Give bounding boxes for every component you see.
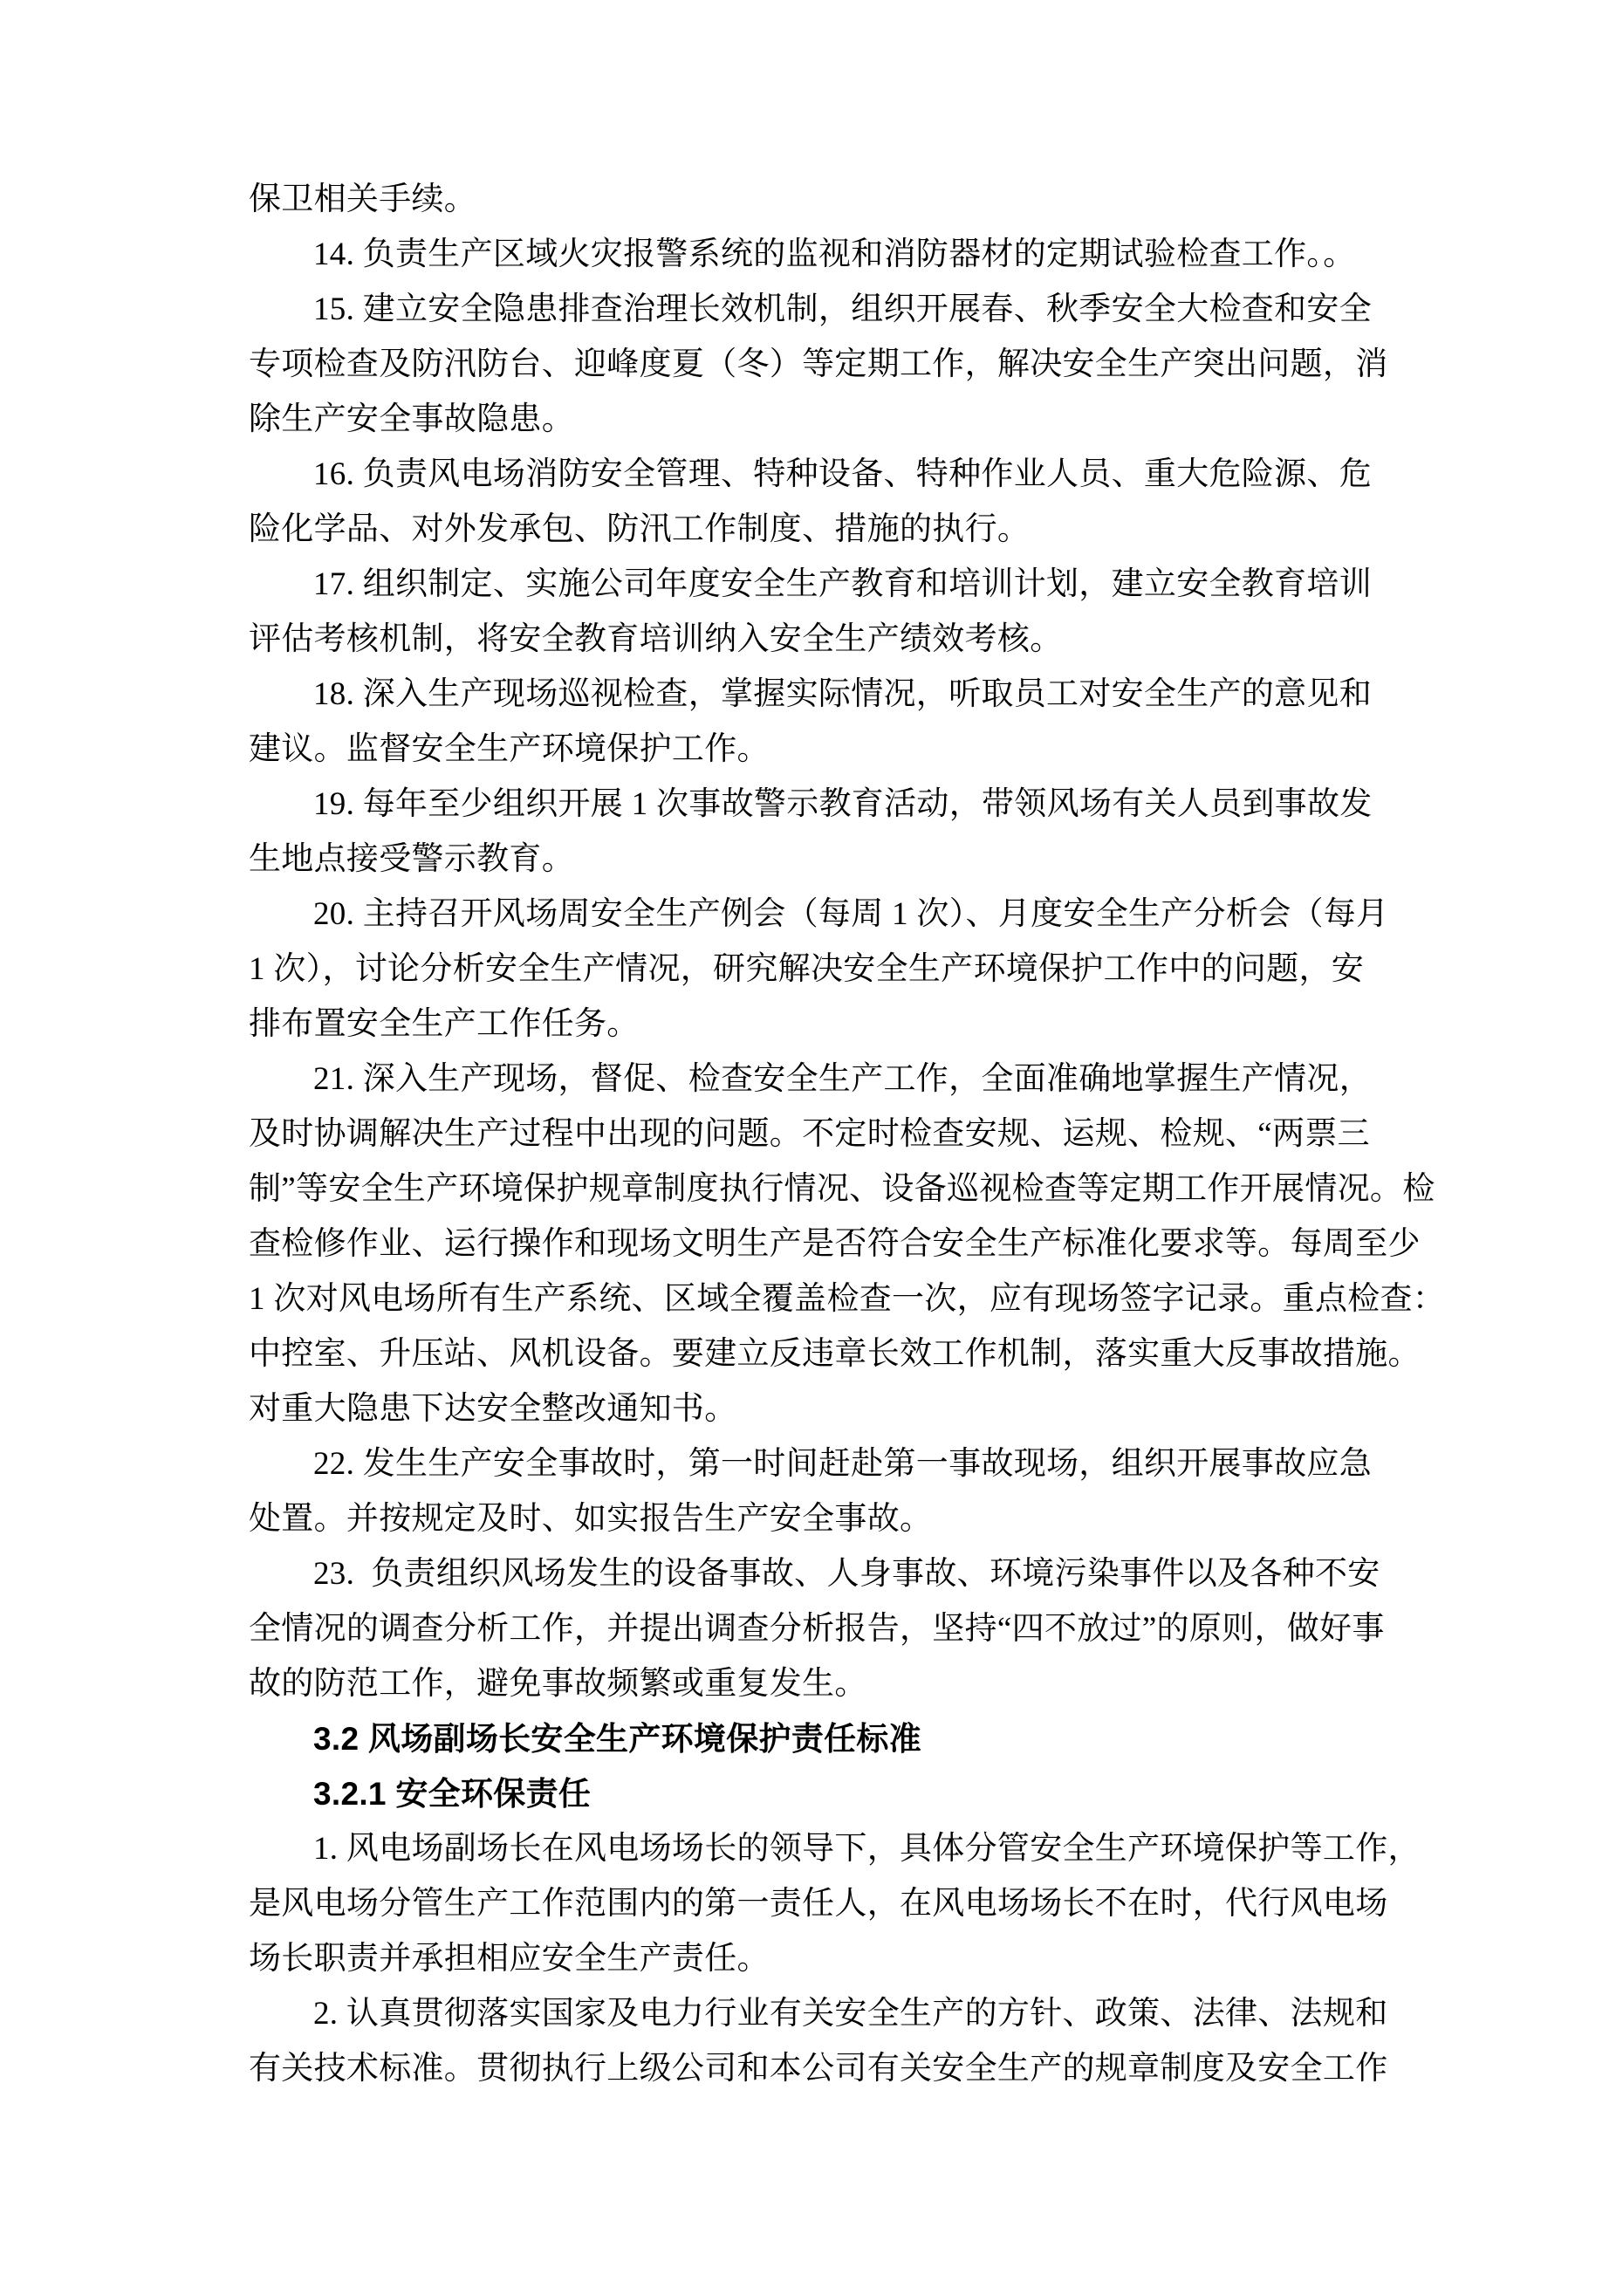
text-line: 处置。并按规定及时、如实报告生产安全事故。 [249,1491,1427,1546]
text-line: 23. 负责组织风场发生的设备事故、人身事故、环境污染事件以及各种不安 [249,1546,1427,1601]
text-line: 故的防范工作，避免事故频繁或重复发生。 [249,1656,1427,1711]
text-line: 15. 建立安全隐患排查治理长效机制，组织开展春、秋季安全大检查和安全 [249,282,1427,337]
text-line: 评估考核机制，将安全教育培训纳入安全生产绩效考核。 [249,612,1427,667]
text-line: 20. 主持召开风场周安全生产例会（每周 1 次）、月度安全生产分析会（每月 [249,887,1427,942]
text-line: 及时协调解决生产过程中出现的问题。不定时检查安规、运规、检规、“两票三 [249,1107,1427,1162]
text-line: 险化学品、对外发承包、防汛工作制度、措施的执行。 [249,502,1427,557]
text-line: 有关技术标准。贯彻执行上级公司和本公司有关安全生产的规章制度及安全工作 [249,2041,1427,2096]
text-line: 保卫相关手续。 [249,172,1427,227]
text-line: 22. 发生生产安全事故时，第一时间赶赴第一事故现场，组织开展事故应急 [249,1436,1427,1491]
text-line: 中控室、升压站、风机设备。要建立反违章长效工作机制，落实重大反事故措施。 [249,1326,1427,1381]
document-page: 保卫相关手续。14. 负责生产区域火灾报警系统的监视和消防器材的定期试验检查工作… [0,0,1623,2296]
section-heading: 3.2 风场副场长安全生产环境保护责任标准 [249,1711,1427,1766]
text-line: 专项检查及防汛防台、迎峰度夏（冬）等定期工作，解决安全生产突出问题，消 [249,337,1427,392]
text-line: 生地点接受警示教育。 [249,832,1427,887]
text-line: 1. 风电场副场长在风电场场长的领导下，具体分管安全生产环境保护等工作， [249,1821,1427,1876]
text-line: 19. 每年至少组织开展 1 次事故警示教育活动，带领风场有关人员到事故发 [249,777,1427,832]
text-line: 1 次），讨论分析安全生产情况，研究解决安全生产环境保护工作中的问题，安 [249,942,1427,997]
text-line: 17. 组织制定、实施公司年度安全生产教育和培训计划，建立安全教育培训 [249,557,1427,612]
text-line: 除生产安全事故隐患。 [249,392,1427,447]
text-line: 是风电场分管生产工作范围内的第一责任人，在风电场场长不在时，代行风电场 [249,1876,1427,1931]
text-line: 1 次对风电场所有生产系统、区域全覆盖检查一次，应有现场签字记录。重点检查： [249,1271,1427,1326]
text-line: 2. 认真贯彻落实国家及电力行业有关安全生产的方针、政策、法律、法规和 [249,1986,1427,2041]
text-line: 全情况的调查分析工作，并提出调查分析报告，坚持“四不放过”的原则，做好事 [249,1601,1427,1656]
text-line: 制”等安全生产环境保护规章制度执行情况、设备巡视检查等定期工作开展情况。检 [249,1162,1427,1217]
text-line: 14. 负责生产区域火灾报警系统的监视和消防器材的定期试验检查工作。。 [249,227,1427,282]
text-line: 场长职责并承担相应安全生产责任。 [249,1931,1427,1986]
text-line: 16. 负责风电场消防安全管理、特种设备、特种作业人员、重大危险源、危 [249,447,1427,502]
text-line: 查检修作业、运行操作和现场文明生产是否符合安全生产标准化要求等。每周至少 [249,1217,1427,1271]
text-line: 建议。监督安全生产环境保护工作。 [249,722,1427,777]
text-line: 对重大隐患下达安全整改通知书。 [249,1381,1427,1436]
section-heading: 3.2.1 安全环保责任 [249,1766,1427,1821]
text-line: 排布置安全生产工作任务。 [249,997,1427,1052]
text-line: 18. 深入生产现场巡视检查，掌握实际情况，听取员工对安全生产的意见和 [249,667,1427,722]
document-content: 保卫相关手续。14. 负责生产区域火灾报警系统的监视和消防器材的定期试验检查工作… [249,172,1427,2096]
text-line: 21. 深入生产现场，督促、检查安全生产工作，全面准确地掌握生产情况， [249,1052,1427,1107]
